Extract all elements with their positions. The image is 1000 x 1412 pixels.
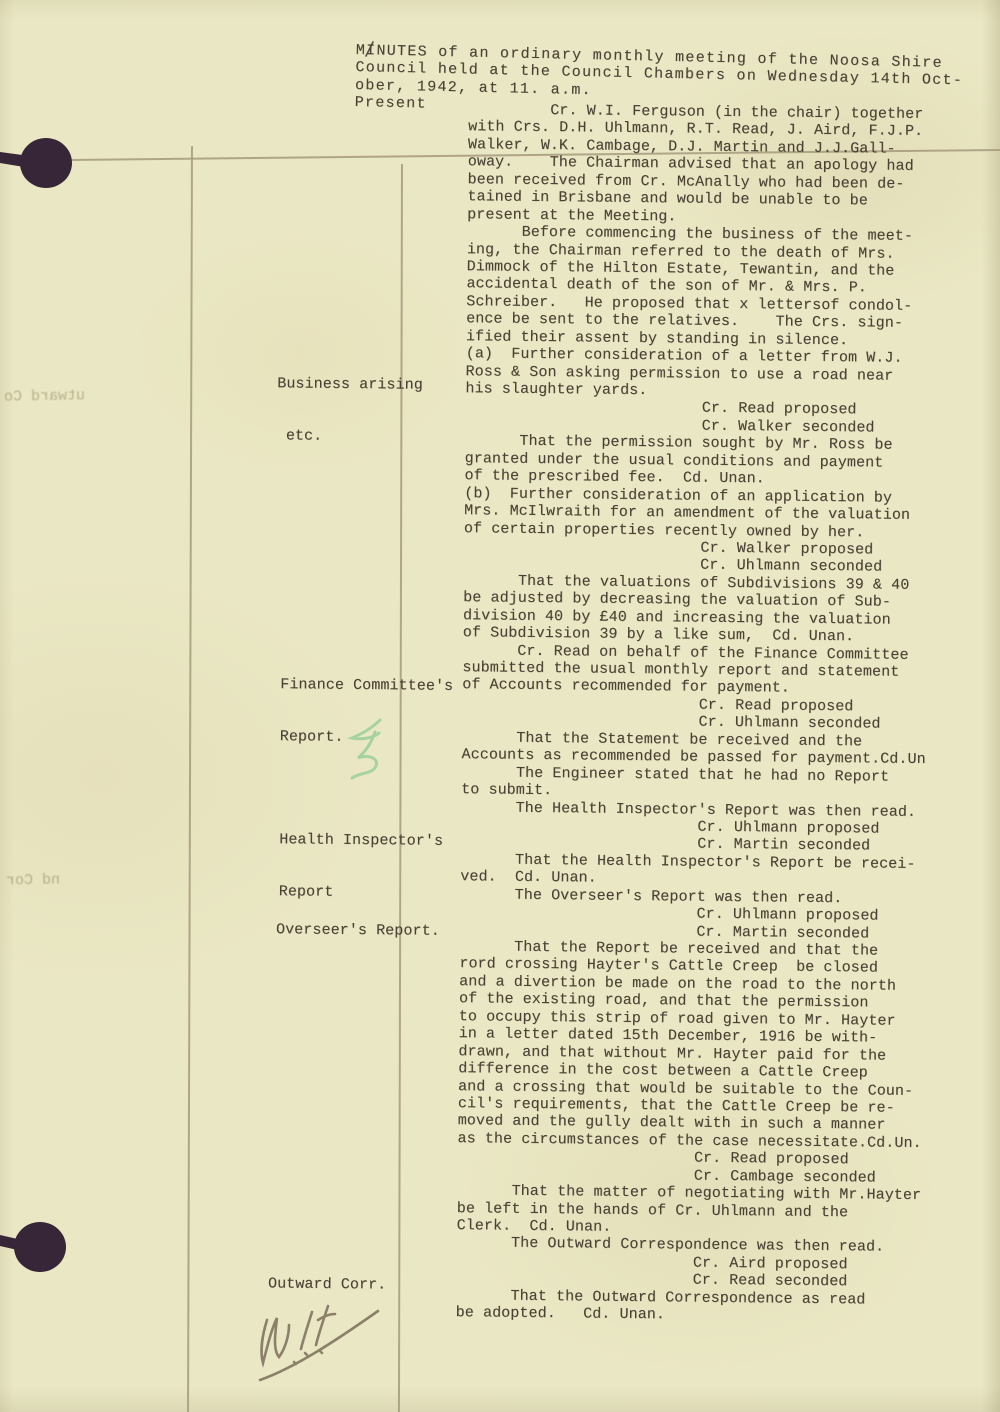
margin-note-line: Health Inspector's [279, 831, 443, 850]
ink-blob-bottom-icon [0, 1213, 78, 1285]
margin-note-business-arising: Business arising etc. [276, 340, 423, 481]
bleed-through-text: utward Co [4, 387, 85, 405]
bleed-through-text: nd Cor [6, 872, 60, 890]
green-pencil-mark-icon [338, 712, 410, 784]
margin-note-line: etc. [277, 427, 423, 446]
margin-note-overseer-report: Overseer's Report. [276, 886, 441, 975]
margin-note-line: Overseer's Report. [276, 921, 440, 940]
margin-note-line: Business arising [277, 375, 423, 394]
margin-note-line: Finance Committee's [280, 676, 453, 695]
ink-blob-top-icon [0, 128, 80, 200]
ruled-line-vertical-left [187, 146, 193, 1412]
scanned-minutes-page: utward Co nd Cor MINUTES of an ordinary … [0, 0, 1000, 1412]
minutes-body: Cr. W.I. Ferguson (in the chair) togethe… [456, 101, 1000, 1327]
signature-initials [252, 1278, 387, 1390]
